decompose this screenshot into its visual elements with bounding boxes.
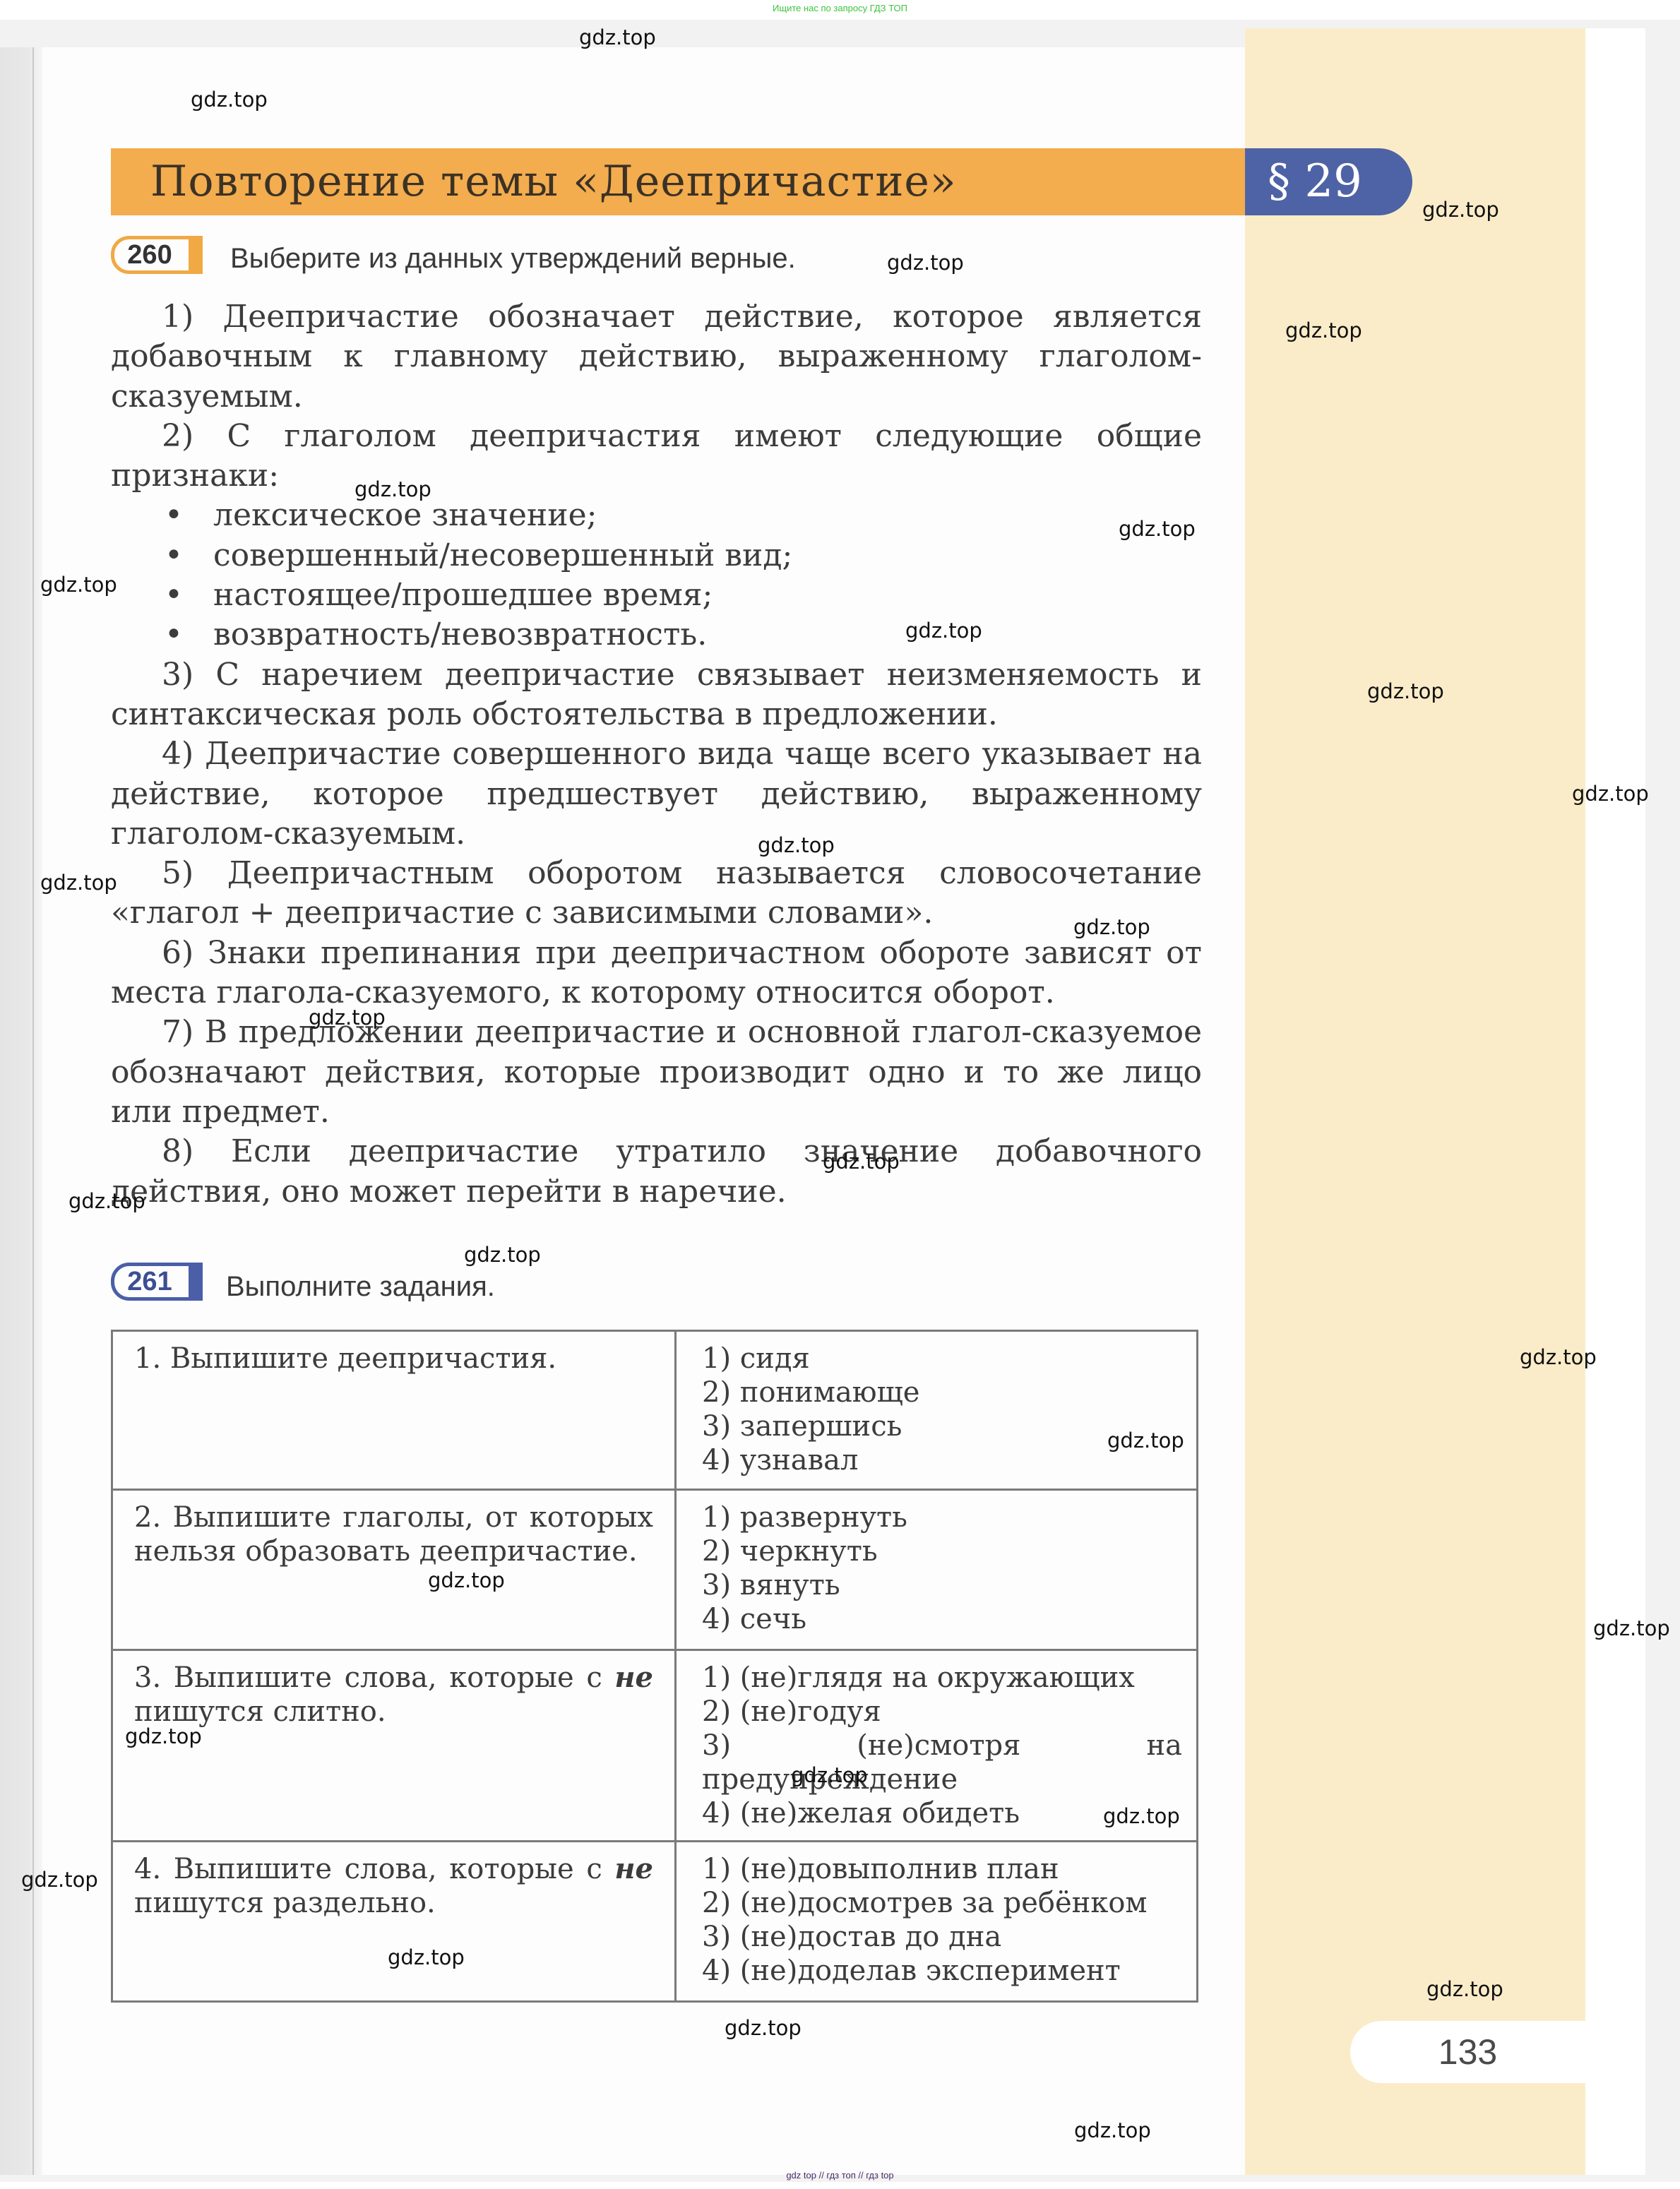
option-item: 2) понимающе: [702, 1376, 1182, 1409]
watermark: gdz.top: [1572, 782, 1649, 806]
statement-8: 8) Если деепричастие утратило значение д…: [111, 1132, 1202, 1212]
watermark: gdz.top: [309, 1006, 386, 1030]
table-row: 4. Выпишите слова, которые с не пишутся …: [112, 1842, 1198, 2002]
emphasized-particle: не: [614, 1852, 653, 1885]
feature-item: совершенный/несовершенный вид;: [111, 536, 1202, 575]
watermark: gdz.top: [68, 1189, 145, 1213]
question-text: 4. Выпишите слова, которые с: [134, 1853, 614, 1885]
page-number: 133: [1350, 2021, 1585, 2083]
watermark: gdz.top: [1520, 1345, 1597, 1369]
section-title: Повторение темы «Деепричастие»: [150, 150, 957, 213]
option-item: 3) вянуть: [702, 1568, 1182, 1602]
table-row: 3. Выпишите слова, которые с не пишутся …: [112, 1650, 1198, 1842]
watermark: gdz.top: [125, 1724, 202, 1748]
option-item: 4) (не)доделав эксперимент: [702, 1954, 1182, 1988]
table-row: 2. Выпишите глаголы, от которых нельзя о…: [112, 1490, 1198, 1650]
task-options: 1) (не)довыполнив план 2) (не)досмотрев …: [676, 1842, 1198, 2002]
statement-7: 7) В предложении деепричастие и основной…: [111, 1013, 1202, 1132]
watermark: gdz.top: [1107, 1428, 1184, 1453]
outer-page-margin: [1585, 28, 1645, 2175]
watermark: gdz.top: [428, 1568, 505, 1592]
shared-features-list: лексическое значение; совершенный/несове…: [111, 496, 1202, 655]
option-item: 1) сидя: [702, 1342, 1182, 1376]
task-question: 2. Выпишите глаголы, от которых нельзя о…: [112, 1490, 676, 1650]
viewer-gray-edge: [1645, 20, 1680, 2182]
emphasized-particle: не: [614, 1661, 653, 1694]
option-item: 2) (не)годуя: [702, 1695, 1182, 1729]
watermark: gdz.top: [1073, 915, 1150, 939]
watermark: gdz.top: [1285, 318, 1362, 342]
watermark: gdz.top: [40, 871, 117, 895]
statement-4: 4) Деепричастие совершенного вида чаще в…: [111, 734, 1202, 854]
feature-item: настоящее/прошедшее время;: [111, 575, 1202, 615]
option-item: 2) (не)досмотрев за ребёнком: [702, 1886, 1182, 1920]
exercise-260-instruction: Выберите из данных утверждений верные.: [230, 243, 796, 275]
watermark: gdz.top: [791, 1763, 868, 1787]
watermark: gdz.top: [1367, 679, 1444, 703]
statement-2: 2) С глаголом деепричастия имеют следующ…: [111, 417, 1202, 496]
watermark: gdz.top: [1422, 198, 1499, 222]
watermark: gdz.top: [1103, 1804, 1180, 1828]
table-row: 1. Выпишите деепричастия. 1) сидя 2) пон…: [112, 1331, 1198, 1490]
page-spine-shadow: [0, 47, 42, 2175]
watermark: gdz.top: [905, 619, 982, 643]
exercise-260-statements: 1) Деепричастие обозначает действие, кот…: [111, 297, 1202, 1212]
watermark: gdz.top: [355, 477, 431, 501]
watermark: gdz.top: [1426, 1977, 1503, 2001]
task-question: 1. Выпишите деепричастия.: [112, 1331, 676, 1490]
site-bottom-note: gdz top // гдз топ // гдз top: [0, 2170, 1680, 2181]
watermark: gdz.top: [21, 1868, 98, 1892]
watermark: gdz.top: [1119, 517, 1196, 541]
question-text: 3. Выпишите слова, которые с: [134, 1662, 614, 1694]
watermark: gdz.top: [1593, 1616, 1670, 1640]
option-item: 4) сечь: [702, 1602, 1182, 1636]
question-text: пишутся раздельно.: [134, 1887, 436, 1919]
option-item: 1) (не)глядя на окружающих: [702, 1661, 1182, 1695]
task-options: 1) развернуть 2) черкнуть 3) вянуть 4) с…: [676, 1490, 1198, 1650]
statement-5: 5) Деепричастным оборотом называется сло…: [111, 854, 1202, 934]
watermark: gdz.top: [725, 2016, 802, 2040]
statement-6: 6) Знаки препинания при деепричастном об…: [111, 934, 1202, 1013]
side-margin-column: [1245, 28, 1585, 2175]
watermark: gdz.top: [579, 25, 656, 49]
watermark: gdz.top: [887, 251, 964, 275]
watermark: gdz.top: [464, 1243, 541, 1267]
watermark: gdz.top: [388, 1945, 465, 1969]
option-item: 3) (не)достав до дна: [702, 1920, 1182, 1954]
option-item: 2) черкнуть: [702, 1534, 1182, 1568]
watermark: gdz.top: [40, 573, 117, 597]
option-item: 1) развернуть: [702, 1501, 1182, 1534]
statement-3: 3) С наречием деепричастие связывает неи…: [111, 655, 1202, 735]
exercise-number-badge-260: 260: [111, 236, 203, 274]
paragraph-number: § 29: [1268, 150, 1362, 213]
task-options: 1) сидя 2) понимающе 3) запершись 4) узн…: [676, 1331, 1198, 1490]
watermark: gdz.top: [1074, 2118, 1151, 2142]
feature-item: лексическое значение;: [111, 496, 1202, 535]
exercise-number-badge-261: 261: [111, 1263, 203, 1301]
task-question: 4. Выпишите слова, которые с не пишутся …: [112, 1842, 676, 2002]
watermark: gdz.top: [823, 1150, 900, 1174]
question-text: пишутся слитно.: [134, 1695, 386, 1728]
site-top-note: Ищите нас по запросу ГДЗ ТОП: [0, 3, 1680, 13]
page-spine-line: [32, 47, 34, 2175]
feature-item: возвратность/невозвратность.: [111, 615, 1202, 655]
tasks-table: 1. Выпишите деепричастия. 1) сидя 2) пон…: [111, 1330, 1198, 2003]
exercise-261-instruction: Выполните задания.: [226, 1271, 495, 1303]
watermark: gdz.top: [191, 88, 268, 112]
option-item: 1) (не)довыполнив план: [702, 1852, 1182, 1886]
watermark: gdz.top: [758, 833, 835, 857]
statement-1: 1) Деепричастие обозначает действие, кот…: [111, 297, 1202, 417]
option-item: 3) (не)смотря на предупреждение: [702, 1729, 1182, 1796]
